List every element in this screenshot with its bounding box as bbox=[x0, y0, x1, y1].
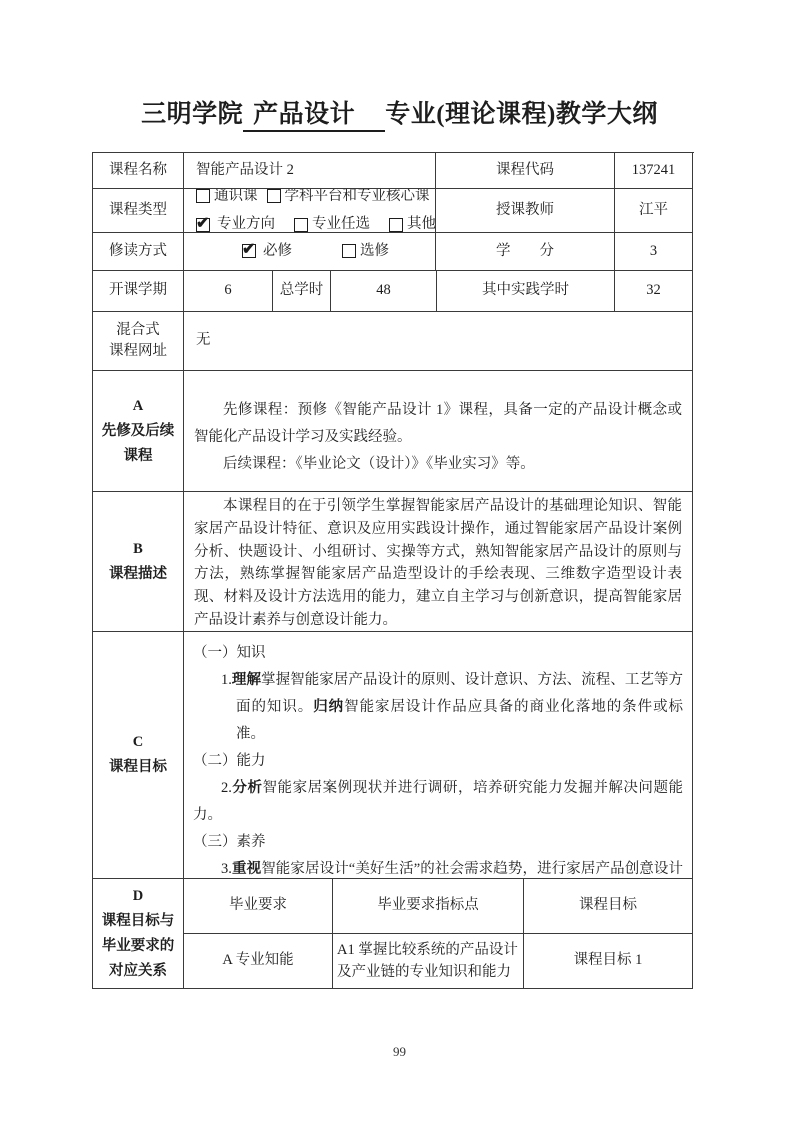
section-d-table: 毕业要求 毕业要求指标点 课程目标 A 专业知能 A1 掌握比较系统的产品设计及… bbox=[184, 879, 693, 989]
page-number: 99 bbox=[0, 1044, 799, 1060]
blended-url-label: 混合式 课程网址 bbox=[93, 312, 184, 371]
checkbox-icon bbox=[196, 218, 210, 232]
page-title: 三明学院产品设计专业(理论课程)教学大纲 bbox=[0, 94, 799, 130]
cell-course-objective: 课程目标 1 bbox=[524, 934, 693, 989]
row-blended-url: 混合式 课程网址 无 bbox=[93, 312, 694, 371]
item-number: 2. bbox=[221, 780, 232, 796]
checkbox-label: 其他 bbox=[407, 214, 436, 233]
section-c-code: C bbox=[133, 730, 143, 755]
item-keyword: 理解 bbox=[232, 672, 261, 688]
course-code-value: 137241 bbox=[615, 153, 693, 189]
objective-item-1: 1.理解掌握智能家居产品设计的原则、设计意识、方法、流程、工艺等方面的知识。归纳… bbox=[236, 667, 683, 748]
semester-value: 6 bbox=[184, 271, 273, 312]
checkbox-icon bbox=[267, 189, 281, 203]
checkbox-icon bbox=[342, 244, 356, 258]
section-d-code: D bbox=[133, 884, 143, 909]
item-text: 智能家居设计“美好生活”的社会需求趋势，进行家居产品创意设计能力。 bbox=[193, 861, 683, 879]
item-keyword: 归纳 bbox=[313, 699, 344, 715]
option-required: 必修 bbox=[242, 241, 292, 262]
objective-heading-knowledge: （一）知识 bbox=[193, 640, 683, 667]
objective-item-2: 2.分析智能家居案例现状并进行调研，培养研究能力发掘并解决问题能力。 bbox=[193, 775, 683, 829]
cell-graduation-requirement: A 专业知能 bbox=[184, 934, 333, 989]
practice-hours-label: 其中实践学时 bbox=[437, 271, 615, 312]
checkbox-icon bbox=[389, 218, 403, 232]
section-b-row: B 课程描述 本课程目的在于引领学生掌握智能家居产品设计的基础理论知识、智能家居… bbox=[93, 492, 694, 632]
blended-url-label-line1: 混合式 bbox=[116, 320, 160, 341]
section-d-title-line3: 对应关系 bbox=[109, 959, 167, 984]
objective-item-3: 3.重视智能家居设计“美好生活”的社会需求趋势，进行家居产品创意设计能力。 bbox=[193, 856, 683, 879]
prerequisite-paragraph: 先修课程：预修《智能产品设计 1》课程，具备一定的产品设计概念或智能化产品设计学… bbox=[194, 397, 682, 451]
section-d-title-line1: 课程目标与 bbox=[102, 909, 175, 934]
section-d-row: D 课程目标与 毕业要求的 对应关系 毕业要求 毕业要求指标点 课程目标 A 专… bbox=[93, 879, 694, 989]
credit-label: 学 分 bbox=[436, 233, 615, 271]
section-a-code: A bbox=[133, 394, 143, 419]
course-name-value: 智能产品设计 2 bbox=[184, 153, 436, 189]
section-b-title: 课程描述 bbox=[109, 562, 167, 587]
section-c-content: （一）知识 1.理解掌握智能家居产品设计的原则、设计意识、方法、流程、工艺等方面… bbox=[184, 632, 693, 879]
section-b-label: B 课程描述 bbox=[93, 492, 184, 632]
row-course-type: 课程类型 通识课 学科平台和专业核心课 专业方向 专业任选 其他 授课教师 江平 bbox=[93, 189, 694, 233]
checkbox-icon bbox=[196, 189, 210, 203]
section-a-row: A 先修及后续 课程 先修课程：预修《智能产品设计 1》课程，具备一定的产品设计… bbox=[93, 371, 694, 492]
checkbox-label: 专业方向 bbox=[217, 214, 275, 233]
study-mode-options: 必修 选修 bbox=[184, 233, 436, 271]
section-a-title-line2: 课程 bbox=[124, 444, 153, 469]
row-course-name: 课程名称 智能产品设计 2 课程代码 137241 bbox=[93, 153, 694, 189]
blended-url-value: 无 bbox=[184, 312, 693, 371]
section-b-content: 本课程目的在于引领学生掌握智能家居产品设计的基础理论知识、智能家居产品设计特征、… bbox=[184, 492, 693, 632]
checkbox-label: 选修 bbox=[360, 241, 389, 262]
total-hours-value: 48 bbox=[331, 271, 437, 312]
section-b-code: B bbox=[133, 537, 143, 562]
row-semester-hours: 开课学期 6 总学时 48 其中实践学时 32 bbox=[93, 271, 694, 312]
item-number: 3. bbox=[221, 861, 232, 877]
course-type-options: 通识课 学科平台和专业核心课 专业方向 专业任选 其他 bbox=[184, 189, 436, 233]
option-major-elective: 专业任选 bbox=[294, 214, 370, 233]
option-general-course: 通识课 bbox=[196, 189, 258, 207]
header-requirement-indicator: 毕业要求指标点 bbox=[333, 879, 524, 934]
followup-paragraph: 后续课程：《毕业论文（设计）》《毕业实习》等。 bbox=[194, 451, 682, 478]
item-keyword: 分析 bbox=[232, 780, 263, 796]
teacher-value: 江平 bbox=[615, 189, 693, 233]
checkbox-label: 必修 bbox=[263, 241, 292, 262]
title-university: 三明学院 bbox=[141, 101, 243, 128]
checkbox-label: 学科平台和专业核心课 bbox=[285, 189, 430, 207]
cell-requirement-indicator: A1 掌握比较系统的产品设计及产业链的专业知识和能力 bbox=[333, 934, 524, 989]
course-description-paragraph: 本课程目的在于引领学生掌握智能家居产品设计的基础理论知识、智能家居产品设计特征、… bbox=[194, 495, 682, 632]
section-a-content: 先修课程：预修《智能产品设计 1》课程，具备一定的产品设计概念或智能化产品设计学… bbox=[184, 371, 693, 492]
teacher-label: 授课教师 bbox=[436, 189, 615, 233]
semester-label: 开课学期 bbox=[93, 271, 184, 312]
course-name-label: 课程名称 bbox=[93, 153, 184, 189]
section-d-data-row: A 专业知能 A1 掌握比较系统的产品设计及产业链的专业知识和能力 课程目标 1 bbox=[184, 934, 693, 989]
section-d-header-row: 毕业要求 毕业要求指标点 课程目标 bbox=[184, 879, 693, 934]
item-text: 智能家居案例现状并进行调研，培养研究能力发掘并解决问题能力。 bbox=[193, 780, 683, 823]
checkbox-icon bbox=[294, 218, 308, 232]
checkbox-icon bbox=[242, 244, 256, 258]
course-type-line2: 专业方向 专业任选 其他 bbox=[196, 214, 436, 233]
header-graduation-requirement: 毕业要求 bbox=[184, 879, 333, 934]
credit-value: 3 bbox=[615, 233, 693, 271]
section-d-label: D 课程目标与 毕业要求的 对应关系 bbox=[93, 879, 184, 989]
section-c-title: 课程目标 bbox=[109, 755, 167, 780]
blended-url-label-line2: 课程网址 bbox=[109, 341, 167, 362]
course-type-label: 课程类型 bbox=[93, 189, 184, 233]
practice-hours-value: 32 bbox=[615, 271, 693, 312]
course-type-line1: 通识课 学科平台和专业核心课 bbox=[196, 189, 430, 207]
section-a-label: A 先修及后续 课程 bbox=[93, 371, 184, 492]
option-other: 其他 bbox=[389, 214, 436, 233]
study-mode-label: 修读方式 bbox=[93, 233, 184, 271]
section-d-title-line2: 毕业要求的 bbox=[102, 934, 175, 959]
option-platform-core-course: 学科平台和专业核心课 bbox=[267, 189, 430, 207]
total-hours-label: 总学时 bbox=[273, 271, 331, 312]
course-code-label: 课程代码 bbox=[436, 153, 615, 189]
section-c-row: C 课程目标 （一）知识 1.理解掌握智能家居产品设计的原则、设计意识、方法、流… bbox=[93, 632, 694, 879]
option-major-direction: 专业方向 bbox=[196, 214, 275, 233]
title-major-underlined: 产品设计 bbox=[243, 101, 385, 132]
section-c-label: C 课程目标 bbox=[93, 632, 184, 879]
checkbox-label: 通识课 bbox=[214, 189, 258, 207]
document-page: 三明学院产品设计专业(理论课程)教学大纲 课程名称 智能产品设计 2 课程代码 … bbox=[0, 0, 799, 1131]
row-study-mode: 修读方式 必修 选修 学 分 3 bbox=[93, 233, 694, 271]
title-suffix: 专业(理论课程)教学大纲 bbox=[385, 101, 658, 128]
checkbox-label: 专业任选 bbox=[312, 214, 370, 233]
option-elective: 选修 bbox=[342, 241, 389, 262]
syllabus-table: 课程名称 智能产品设计 2 课程代码 137241 课程类型 通识课 学科平台和… bbox=[92, 152, 694, 989]
item-keyword: 重视 bbox=[232, 861, 261, 877]
objective-heading-quality: （三）素养 bbox=[193, 829, 683, 856]
header-course-objective: 课程目标 bbox=[524, 879, 693, 934]
objective-heading-ability: （二）能力 bbox=[193, 748, 683, 775]
section-a-title-line1: 先修及后续 bbox=[102, 419, 175, 444]
item-number: 1. bbox=[221, 672, 232, 688]
